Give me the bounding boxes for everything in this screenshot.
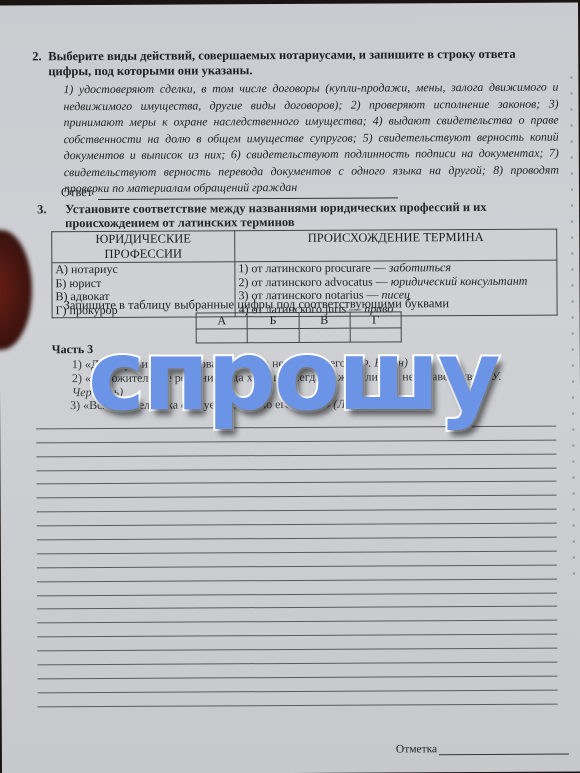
header-origin: ПРОИСХОЖДЕНИЕ ТЕРМИНА	[235, 229, 557, 262]
question-3-title: Установите соответствие между названиями…	[51, 200, 561, 231]
part-3-title: Часть 3	[52, 342, 93, 357]
question-3-title-text: Установите соответствие между названиями…	[65, 200, 561, 231]
question-2-answer-row: Ответ	[61, 183, 398, 200]
question-2-options: 1) удостоверяют сделки, в том числе дого…	[63, 79, 559, 197]
question-2-number: 2.	[32, 49, 41, 64]
question-3-number: 3.	[37, 202, 46, 217]
header-professions: ЮРИДИЧЕСКИЕ ПРОФЕССИИ	[52, 231, 235, 263]
grade-input-line[interactable]	[439, 744, 569, 756]
writing-line[interactable]	[38, 690, 558, 707]
question-2-title: Выберите виды действий, совершаемых нота…	[48, 47, 558, 80]
grade-row: Отметка	[396, 743, 569, 756]
profession-a: А) нотариус	[55, 262, 231, 276]
profession-b: Б) юрист	[55, 276, 231, 290]
answer-input-line[interactable]	[98, 185, 398, 200]
watermark-text: спрошу	[88, 326, 498, 426]
grade-label: Отметка	[396, 743, 437, 755]
page-edge-marks	[570, 63, 575, 583]
writing-lines[interactable]	[36, 413, 558, 707]
answer-label: Ответ	[61, 185, 92, 200]
